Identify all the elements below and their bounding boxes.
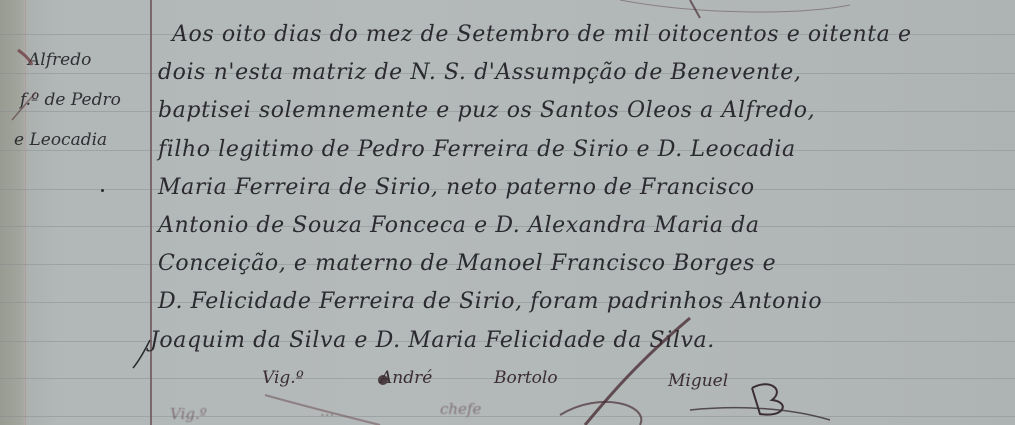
signature-vigario: Vig.º [262,368,304,388]
signature-bortolo: Bortolo [494,368,558,388]
signature-miguel: Miguel [668,371,728,391]
signature-andre: André [380,368,432,388]
register-page: Alfredo f.º de Pedro e Leocadia Aos oito… [0,0,1015,425]
bleed-through-text: Vig.º [170,405,207,423]
bleed-through-text: ... [320,402,334,420]
signature-block: Vig.º André Bortolo Miguel Vig.º ... che… [0,0,1015,425]
bleed-through-text: chefe [440,400,481,418]
